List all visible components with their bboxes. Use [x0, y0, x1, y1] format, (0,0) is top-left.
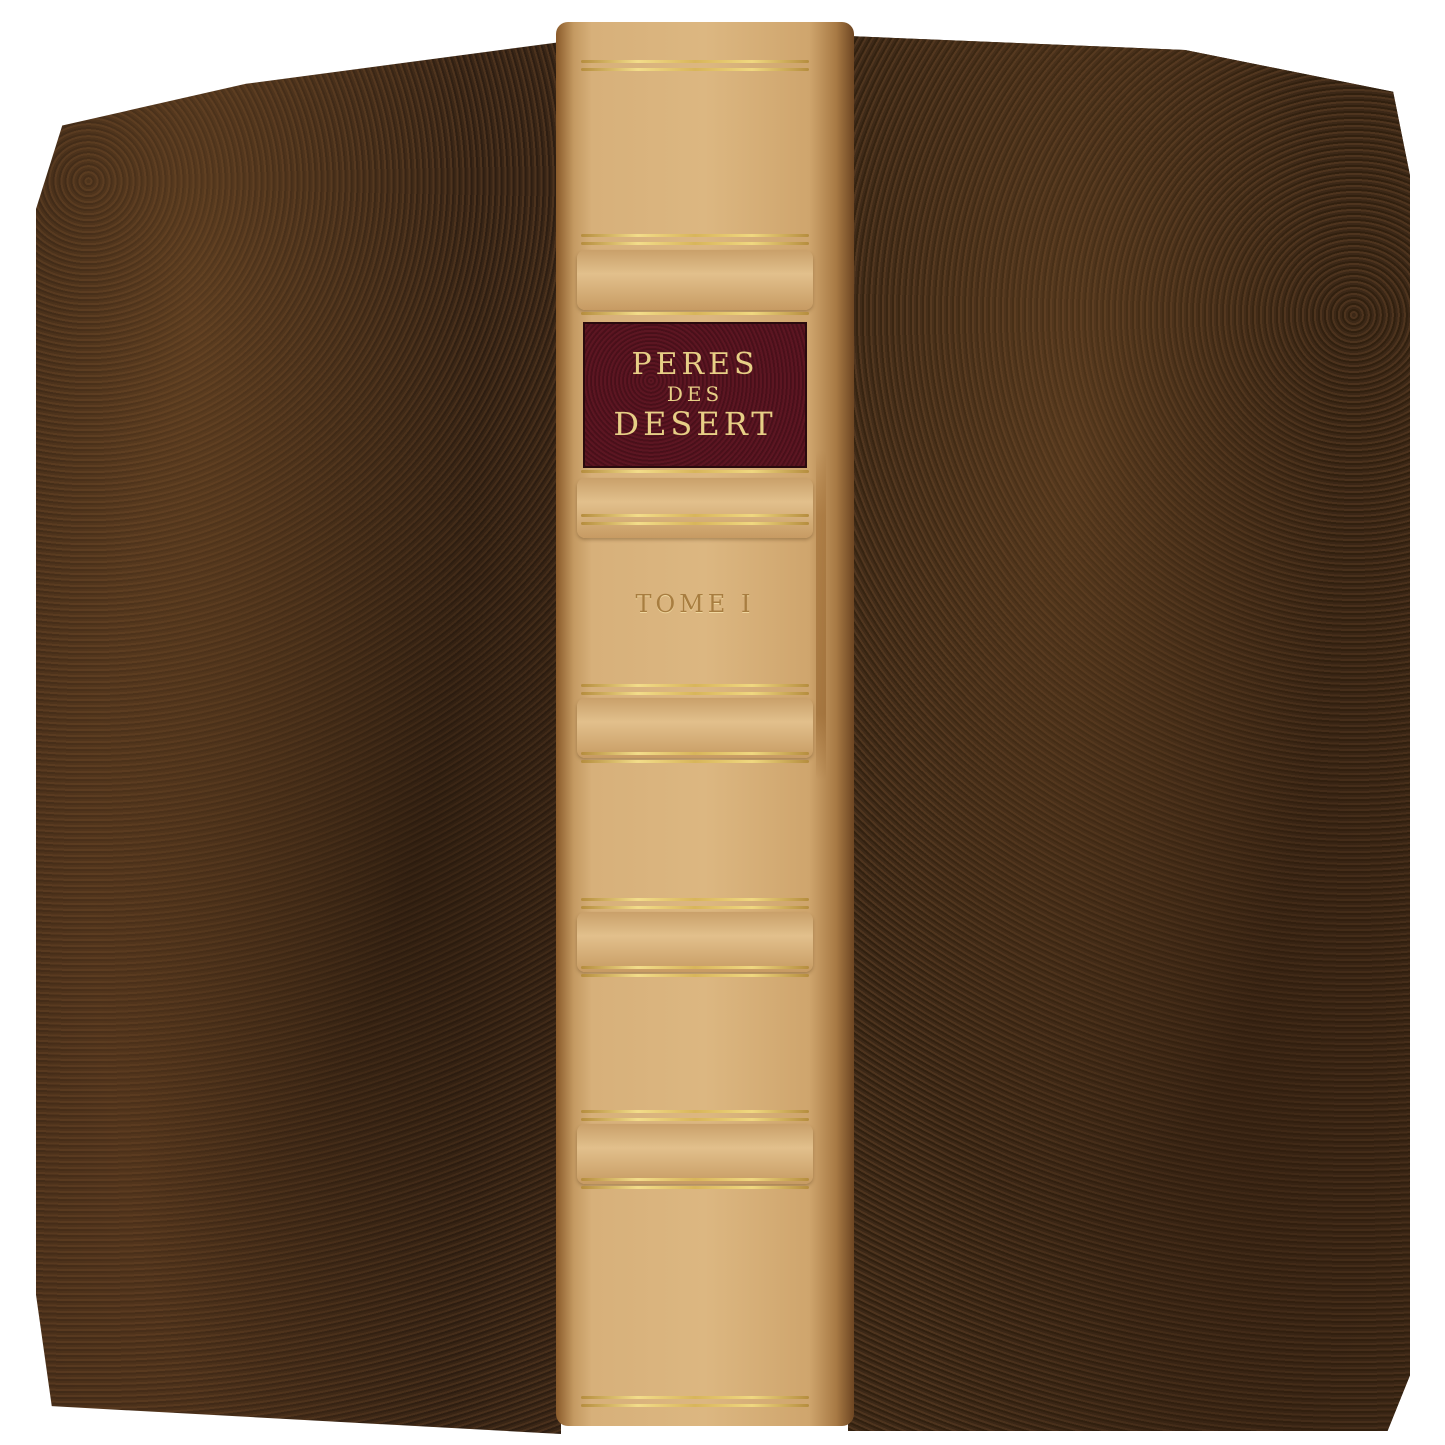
gilt-rule: [581, 470, 809, 473]
front-cover: [36, 42, 561, 1434]
gilt-rule: [581, 522, 809, 525]
gilt-rule: [581, 752, 809, 755]
gilt-rule: [581, 68, 809, 71]
book-spine: PERES DES DESERT TOME I: [556, 22, 854, 1426]
title-line-2: DES: [667, 382, 723, 406]
gilt-rule: [581, 898, 809, 901]
gilt-rule: [581, 692, 809, 695]
gilt-rule: [581, 514, 809, 517]
back-cover: [848, 36, 1410, 1431]
gilt-rule: [581, 684, 809, 687]
gilt-rule: [581, 974, 809, 977]
volume-label: TOME I: [581, 590, 809, 618]
gilt-rule: [581, 966, 809, 969]
raised-band: [577, 1124, 813, 1184]
gilt-rule: [581, 234, 809, 237]
gilt-rule: [581, 1404, 809, 1407]
stain-streak: [816, 450, 826, 780]
gilt-rule: [581, 1178, 809, 1181]
gilt-rule: [581, 1396, 809, 1399]
gilt-rule: [581, 242, 809, 245]
title-line-1: PERES: [631, 348, 758, 382]
gilt-rule: [581, 760, 809, 763]
raised-band: [577, 698, 813, 758]
gilt-rule: [581, 1186, 809, 1189]
gilt-rule: [581, 1110, 809, 1113]
book-photo: PERES DES DESERT TOME I: [0, 0, 1445, 1445]
gilt-rule: [581, 906, 809, 909]
title-line-3: DESERT: [613, 406, 776, 442]
raised-band: [577, 912, 813, 972]
title-label: PERES DES DESERT: [583, 322, 807, 468]
gilt-rule: [581, 312, 809, 315]
gilt-rule: [581, 1118, 809, 1121]
raised-band: [577, 478, 813, 538]
raised-band: [577, 250, 813, 310]
gilt-rule: [581, 60, 809, 63]
